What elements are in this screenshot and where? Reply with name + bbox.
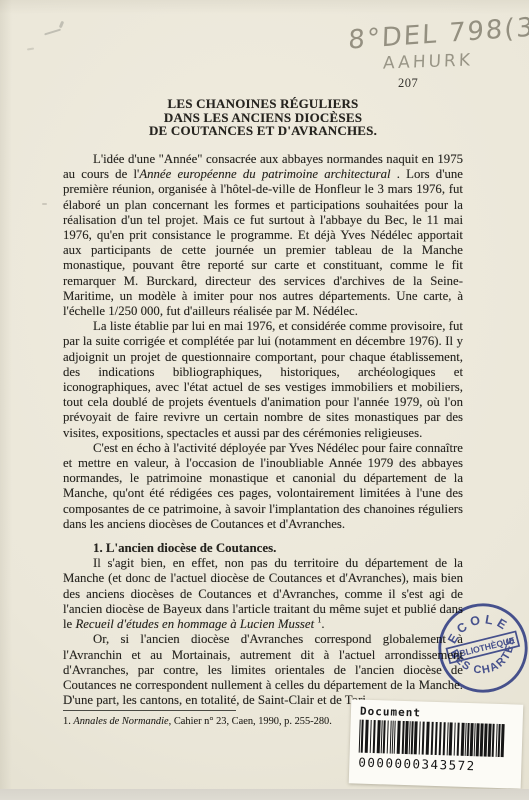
barcode-bar [370,720,372,753]
barcode-sticker: Document 0000000343572 [349,699,524,788]
pencil-mark [59,21,64,29]
paragraph: L'idée d'une "Année" consacrée aux abbay… [63,152,463,319]
pencil-mark [42,203,47,205]
barcode-bar [435,722,438,755]
barcode-bar [361,720,364,753]
section-heading: 1. L'ancien diocèse de Coutances. [63,541,463,556]
barcode-bar [492,724,495,757]
page-number: 207 [398,76,418,91]
handwritten-code: AAHURK [383,50,474,73]
scan-edge-shadow [0,789,529,800]
pencil-mark [44,29,61,35]
article-title: LES CHANOINES RÉGULIERS DANS LES ANCIENS… [63,97,463,138]
barcode-bar [397,721,401,754]
paragraph: Il s'agit bien, en effet, non pas du ter… [63,556,463,632]
title-line: DANS LES ANCIENS DIOCÈSES [63,111,463,125]
article-body: L'idée d'une "Année" consacrée aux abbay… [63,152,463,708]
footnote: 1. Annales de Normandie, Cahier n° 23, C… [63,716,383,729]
title-line: LES CHANOINES RÉGULIERS [63,97,463,111]
barcode-bar [443,722,446,755]
barcode-bar [365,720,369,753]
library-stamp-icon: ECOLE BIBLIOTHÈQUE DES CHARTES [435,600,529,696]
barcode-bar [422,722,425,755]
barcode-bar [419,721,421,754]
title-line: DE COUTANCES ET D'AVRANCHES. [63,124,463,138]
paragraph: C'est en écho à l'activité déployée par … [63,441,463,532]
barcode-bar [439,722,442,755]
barcode-bar [387,720,389,753]
barcode-bar [414,721,418,754]
barcode-bar [383,720,386,753]
pencil-mark [27,48,34,50]
barcode-bar [454,723,456,756]
barcode-bar [431,722,434,755]
barcode-icon [359,720,523,758]
barcode-bar [457,723,460,756]
barcode-number: 0000000343572 [358,755,521,775]
paragraph: Or, si l'ancien diocèse d'Avranches corr… [63,632,463,708]
barcode-bar [373,720,376,753]
paragraph: La liste établie par lui en mai 1976, et… [63,319,463,441]
barcode-bar [394,721,396,754]
handwritten-shelfmark: 8°DEL 798(32) [348,10,529,55]
barcode-bar [449,722,453,755]
footnote-divider [63,710,236,711]
barcode-bar [501,724,505,757]
barcode-bar [426,722,430,755]
scanned-page: 8°DEL 798(32) AAHURK 207 LES CHANOINES R… [0,0,529,800]
